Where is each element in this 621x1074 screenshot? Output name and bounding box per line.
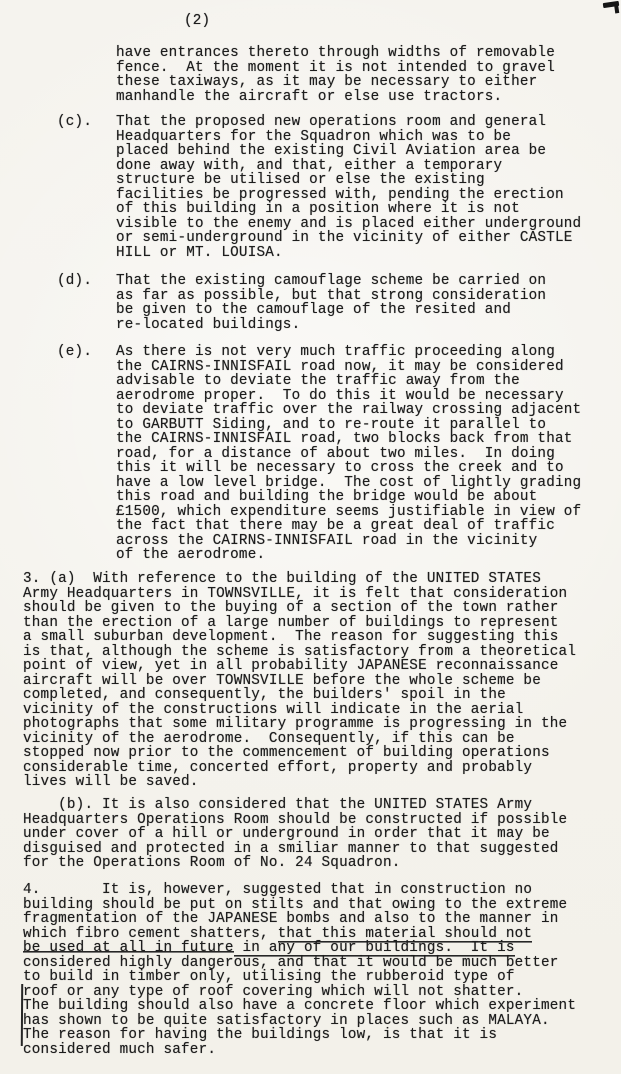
item-label: (e). bbox=[57, 345, 92, 360]
text-line: manhandle the aircraft or else use tract… bbox=[116, 90, 555, 105]
text-line: Headquarters for the Squadron which was … bbox=[116, 130, 581, 145]
text-line: this road and building the bridge would … bbox=[116, 490, 581, 505]
text-line: roof or any type of roof covering which … bbox=[23, 985, 576, 1000]
text-line: these taxiways, as it may be necessary t… bbox=[116, 75, 555, 90]
text-line: the CAIRNS-INNISFAIL road, two blocks ba… bbox=[116, 432, 581, 447]
text-line: vicinity of the aerodrome. Consequently,… bbox=[23, 732, 576, 747]
text-line: £1500, which expenditure seems justifiab… bbox=[116, 505, 581, 520]
text-line: which fibro cement shatters, that this m… bbox=[23, 927, 576, 942]
text-line: aircraft will be over TOWNSVILLE before … bbox=[23, 674, 576, 689]
text-line: to GARBUTT Siding, and to re-route it pa… bbox=[116, 418, 581, 433]
text-line: 4. It is, however, suggested that in con… bbox=[23, 883, 576, 898]
text-line: The building should also have a concrete… bbox=[23, 999, 576, 1014]
item-d: (d).That the existing camouflage scheme … bbox=[116, 274, 546, 332]
text-line: re-located buildings. bbox=[116, 318, 546, 333]
text-line: has shown to be quite satisfactory in pl… bbox=[23, 1014, 576, 1029]
text-line: 3. (a) With reference to the building of… bbox=[23, 572, 576, 587]
paragraph-3a: 3. (a) With reference to the building of… bbox=[23, 572, 576, 790]
item-label: (d). bbox=[57, 274, 92, 289]
text-line: or semi-underground in the vicinity of e… bbox=[116, 231, 581, 246]
continuation-paragraph: have entrances thereto through widths of… bbox=[116, 46, 555, 104]
text-line: of the aerodrome. bbox=[116, 548, 581, 563]
text-line: point of view, yet in all probability JA… bbox=[23, 659, 576, 674]
text-line: be used at all in future in any of our b… bbox=[23, 941, 576, 956]
text-line: placed behind the existing Civil Aviatio… bbox=[116, 144, 581, 159]
text-line: considered much safer. bbox=[23, 1043, 576, 1058]
text-line: fence. At the moment it is not intended … bbox=[116, 61, 555, 76]
text-line: facilities be progressed with, pending t… bbox=[116, 188, 581, 203]
text-line: aerodrome proper. To do this it would be… bbox=[116, 389, 581, 404]
text-line: to build in timber only, utilising the r… bbox=[23, 970, 576, 985]
text-line: a small suburban development. The reason… bbox=[23, 630, 576, 645]
text-line: this it will be necessary to cross the c… bbox=[116, 461, 581, 476]
text-line: have a low level bridge. The cost of lig… bbox=[116, 476, 581, 491]
text-line: As there is not very much traffic procee… bbox=[116, 345, 581, 360]
text-line: have entrances thereto through widths of… bbox=[116, 46, 555, 61]
text-line: vicinity of the constructions will indic… bbox=[23, 703, 576, 718]
text-line: the fact that there may be a great deal … bbox=[116, 519, 581, 534]
text-line: considerable time, concerted effort, pro… bbox=[23, 761, 576, 776]
text-line: fragmentation of the JAPANESE bombs and … bbox=[23, 912, 576, 927]
text-line: across the CAIRNS-INNISFAIL road in the … bbox=[116, 534, 581, 549]
document-page: (2) have entrances thereto through width… bbox=[0, 0, 621, 1074]
text-line: (b). It is also considered that the UNIT… bbox=[23, 798, 567, 813]
text-line: photographs that some military programme… bbox=[23, 717, 576, 732]
text-line: for the Operations Room of No. 24 Squadr… bbox=[23, 856, 567, 871]
text-line: is that, although the scheme is satisfac… bbox=[23, 645, 576, 660]
text-line: Headquarters Operations Room should be c… bbox=[23, 813, 567, 828]
text-line: structure be utilised or else the existi… bbox=[116, 173, 581, 188]
text-line: That the existing camouflage scheme be c… bbox=[116, 274, 546, 289]
document-body: have entrances thereto through widths of… bbox=[0, 0, 621, 1074]
text-line: than the erection of a large number of b… bbox=[23, 616, 576, 631]
paragraph-4: 4. It is, however, suggested that in con… bbox=[23, 883, 576, 1057]
text-line: be given to the camouflage of the resite… bbox=[116, 303, 546, 318]
paragraph-3b: (b). It is also considered that the UNIT… bbox=[23, 798, 567, 871]
scan-artifact bbox=[603, 1, 620, 8]
text-line: The reason for having the buildings low,… bbox=[23, 1028, 576, 1043]
text-line: the CAIRNS-INNISFAIL road now, it may be… bbox=[116, 360, 581, 375]
text-line: should be given to the buying of a secti… bbox=[23, 601, 576, 616]
struck-text: be used at all in future bbox=[23, 940, 234, 956]
item-label: (c). bbox=[57, 115, 92, 130]
text-line: under cover of a hill or underground in … bbox=[23, 827, 567, 842]
text-line: stopped now prior to the commencement of… bbox=[23, 746, 576, 761]
text-line: considered highly dangerous, and that it… bbox=[23, 956, 576, 971]
item-c: (c).That the proposed new operations roo… bbox=[116, 115, 581, 260]
text-line: lives will be saved. bbox=[23, 775, 576, 790]
text-line: advisable to deviate the traffic away fr… bbox=[116, 374, 581, 389]
text-line: as far as possible, but that strong cons… bbox=[116, 289, 546, 304]
text-line: road, for a distance of about two miles.… bbox=[116, 447, 581, 462]
text-line: building should be put on stilts and tha… bbox=[23, 898, 576, 913]
text-line: visible to the enemy and is placed eithe… bbox=[116, 217, 581, 232]
text-line: disguised and protected in a smiliar man… bbox=[23, 842, 567, 857]
text-line: done away with, and that, either a tempo… bbox=[116, 159, 581, 174]
text-line: completed, and consequently, the builder… bbox=[23, 688, 576, 703]
text-line: That the proposed new operations room an… bbox=[116, 115, 581, 130]
text-line: Army Headquarters in TOWNSVILLE, it is f… bbox=[23, 587, 576, 602]
text-line: to deviate traffic over the railway cros… bbox=[116, 403, 581, 418]
text-line: of this building in a position where it … bbox=[116, 202, 581, 217]
text-line: HILL or MT. LOUISA. bbox=[116, 246, 581, 261]
item-e: (e).As there is not very much traffic pr… bbox=[116, 345, 581, 563]
